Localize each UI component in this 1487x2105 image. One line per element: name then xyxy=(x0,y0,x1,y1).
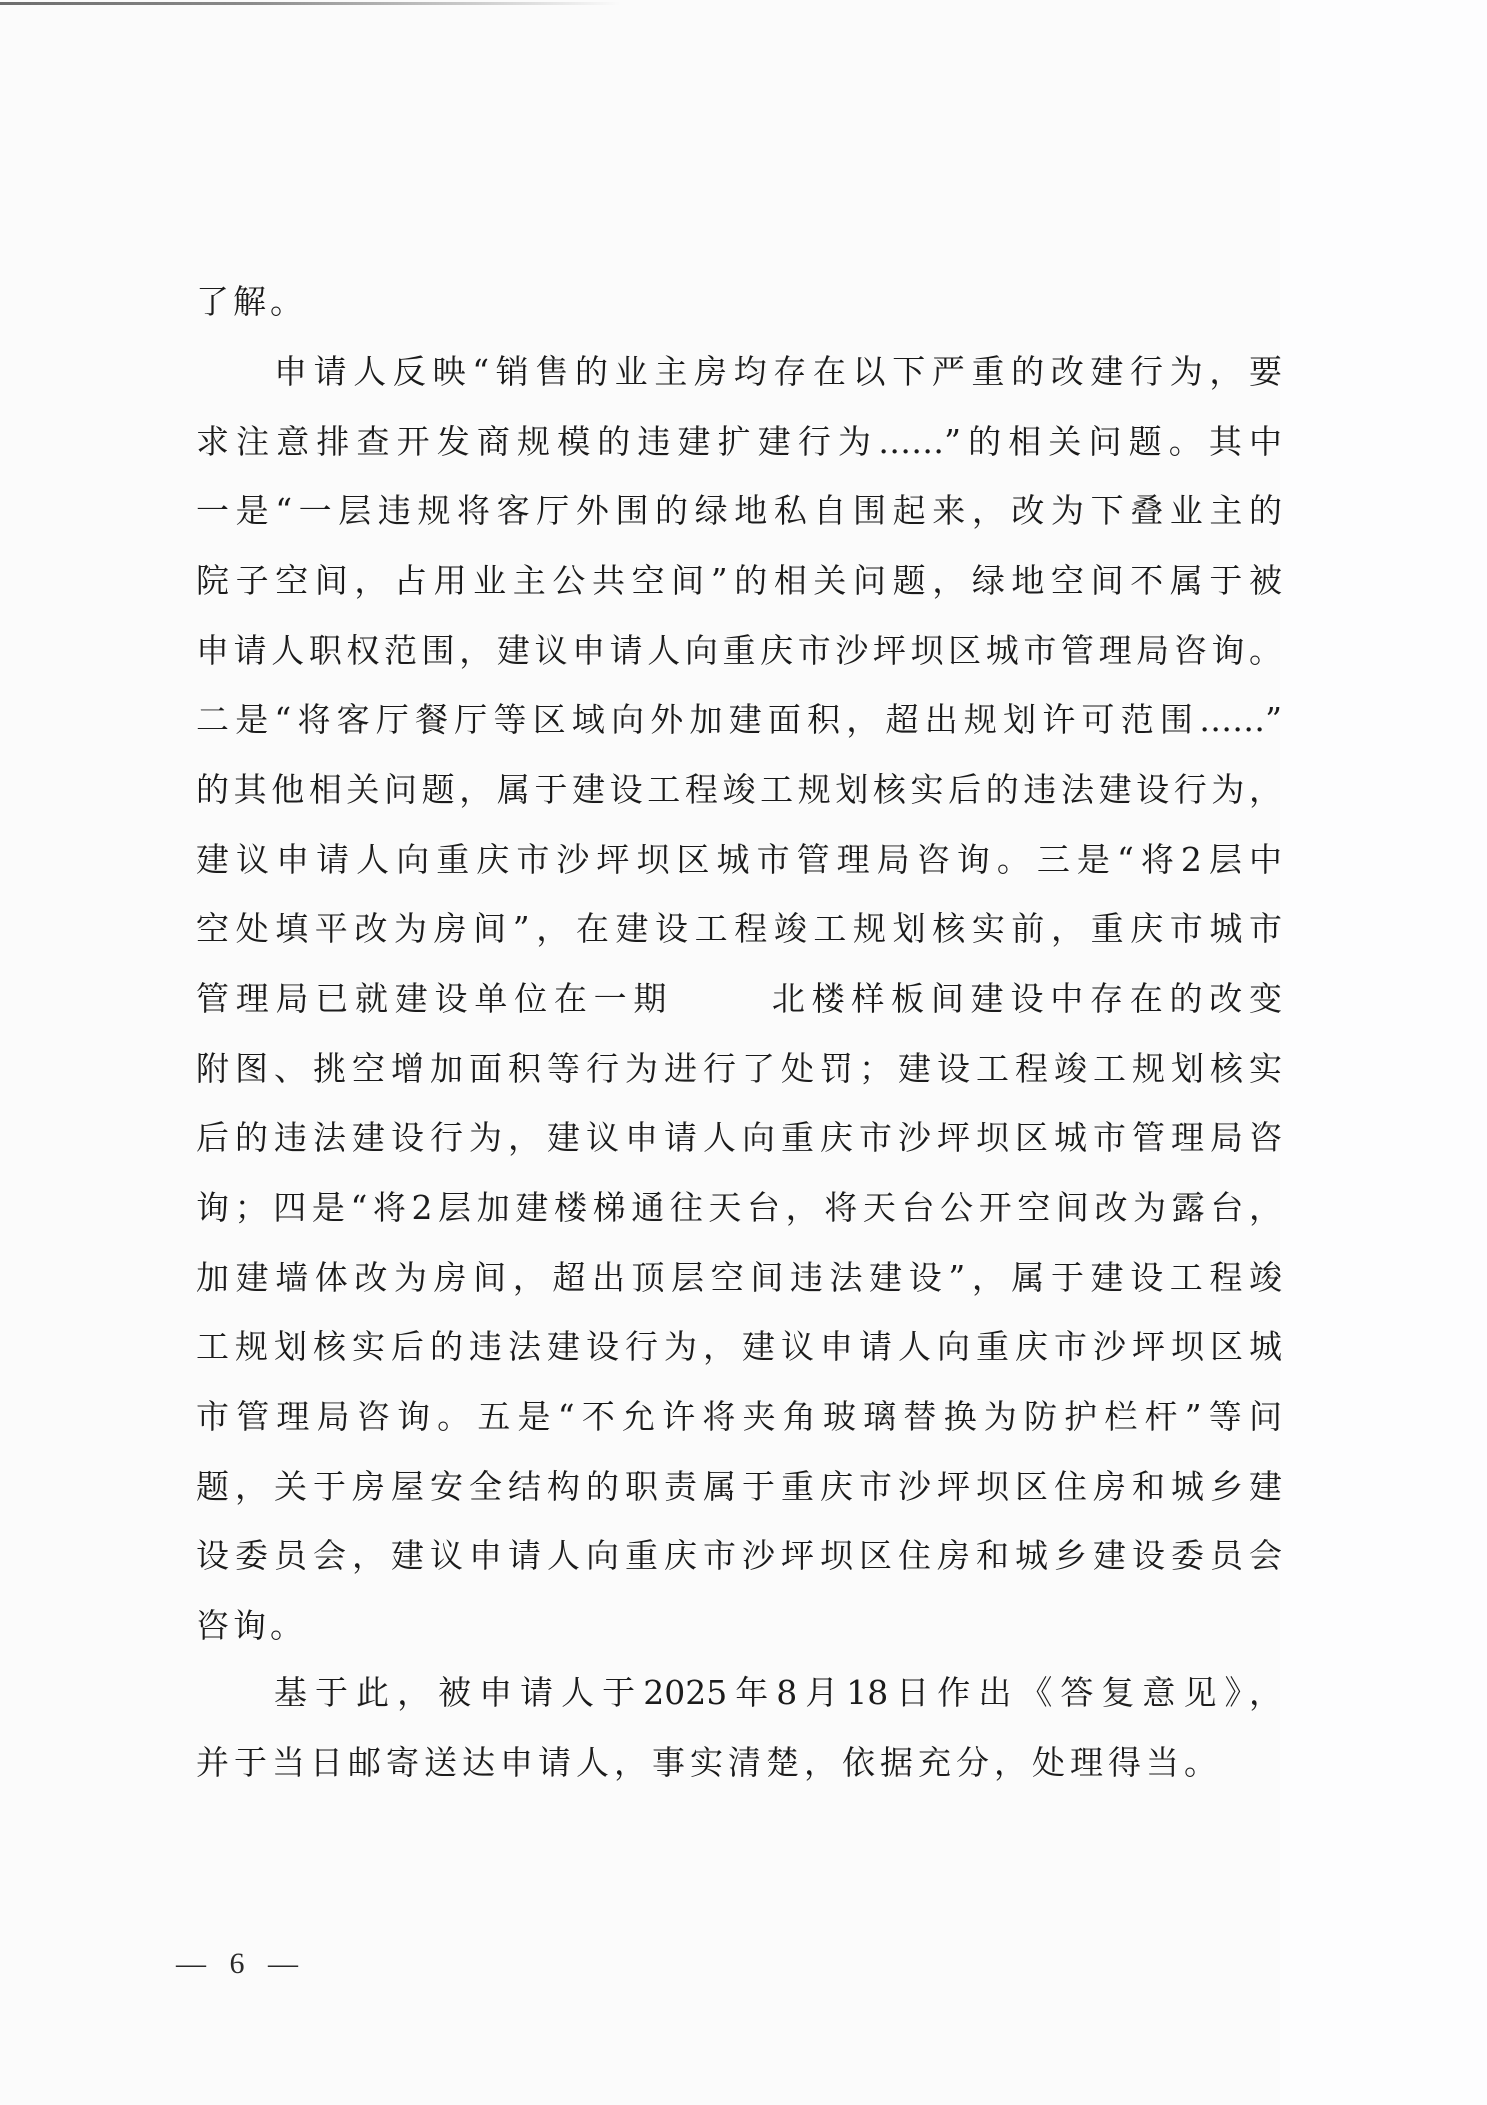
text-line-12: 附图、挑空增加面积等行为进行了处罚；建设工程竣工规划核实 xyxy=(196,1047,1282,1091)
text-line-11-redacted: 管理局已就建设单位在一期北楼样板间建设中存在的改变 xyxy=(196,977,1282,1021)
text-line-6: 申请人职权范围，建议申请人向重庆市沙坪坝区城市管理局咨询。 xyxy=(196,629,1282,673)
text-line-14: 询；四是“将2层加建楼梯通往天台，将天台公开空间改为露台， xyxy=(196,1186,1282,1230)
text-line-4: 一是“一层违规将客厅外围的绿地私自围起来，改为下叠业主的 xyxy=(196,489,1282,533)
text-before-redaction: 管理局已就建设单位在一期 xyxy=(196,979,673,1018)
document-page: 了解。 申请人反映“销售的业主房均存在以下严重的改建行为，要 求注意排查开发商规… xyxy=(0,0,1487,2105)
page-number: — 6 — xyxy=(176,1944,306,1984)
text-line-7: 二是“将客厅餐厅等区域向外加建面积，超出规划许可范围……” xyxy=(196,698,1282,742)
text-line-2: 申请人反映“销售的业主房均存在以下严重的改建行为，要 xyxy=(274,350,1282,394)
text-line-19: 设委员会，建议申请人向重庆市沙坪坝区住房和城乡建设委员会 xyxy=(196,1534,1282,1578)
text-line-16: 工规划核实后的违法建设行为，建议申请人向重庆市沙坪坝区城 xyxy=(196,1325,1282,1369)
text-line-10: 空处填平改为房间”，在建设工程竣工规划核实前，重庆市城市 xyxy=(196,907,1282,951)
text-line-17: 市管理局咨询。五是“不允许将夹角玻璃替换为防护栏杆”等问 xyxy=(196,1395,1282,1439)
text-line-13: 后的违法建设行为，建议申请人向重庆市沙坪坝区城市管理局咨 xyxy=(196,1116,1282,1160)
text-line-5: 院子空间，占用业主公共空间”的相关问题，绿地空间不属于被 xyxy=(196,559,1282,603)
text-line-8: 的其他相关问题，属于建设工程竣工规划核实后的违法建设行为， xyxy=(196,768,1282,812)
text-line-15: 加建墙体改为房间，超出顶层空间违法建设”，属于建设工程竣 xyxy=(196,1256,1282,1300)
text-line-18: 题，关于房屋安全结构的职责属于重庆市沙坪坝区住房和城乡建 xyxy=(196,1465,1282,1509)
text-line-9: 建议申请人向重庆市沙坪坝区城市管理局咨询。三是“将2层中 xyxy=(196,838,1282,882)
text-line-22: 并于当日邮寄送达申请人，事实清楚，依据充分，处理得当。 xyxy=(196,1741,1222,1785)
text-line-3: 求注意排查开发商规模的违建扩建行为……”的相关问题。其中 xyxy=(196,420,1282,464)
text-after-redaction: 北楼样板间建设中存在的改变 xyxy=(765,979,1282,1018)
text-line-20: 咨询。 xyxy=(196,1604,307,1648)
text-line-21: 基于此，被申请人于2025年8月18日作出《答复意见》， xyxy=(274,1671,1282,1715)
text-line-1: 了解。 xyxy=(196,280,307,324)
